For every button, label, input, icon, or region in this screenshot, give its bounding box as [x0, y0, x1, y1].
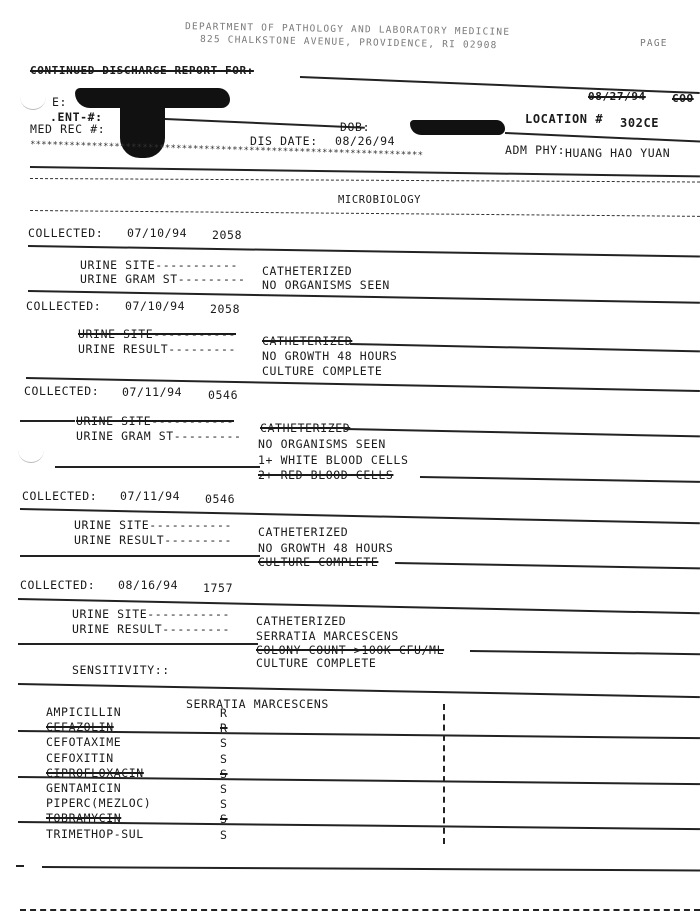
- sensitivity-result: R: [220, 706, 228, 720]
- test-name: URINE RESULT---------: [74, 533, 232, 547]
- test-value: CATHETERIZED: [260, 421, 350, 435]
- column-divider: [443, 704, 447, 844]
- test-name: URINE RESULT---------: [72, 622, 230, 636]
- test-value: CULTURE COMPLETE: [258, 555, 378, 569]
- test-value: COLONY COUNT >100K CFU/ML: [256, 643, 444, 657]
- test-name: URINE SITE-----------: [78, 327, 236, 341]
- test-value: CULTURE COMPLETE: [256, 656, 376, 670]
- sensitivity-result: S: [220, 782, 228, 796]
- collected-time: 2058: [210, 302, 240, 316]
- location-value: 302CE: [620, 116, 659, 130]
- drug-name: PIPERC(MEZLOC): [46, 796, 151, 810]
- test-value: CATHETERIZED: [258, 525, 348, 539]
- collected-date: 07/10/94: [125, 299, 185, 313]
- test-value: CATHETERIZED: [256, 614, 346, 628]
- dis-date-value: 08/26/94: [335, 134, 395, 148]
- collected-label: COLLECTED:: [24, 384, 99, 398]
- test-name: URINE GRAM ST---------: [76, 429, 242, 443]
- test-name: URINE RESULT---------: [78, 342, 236, 356]
- drug-name: CEFOXITIN: [46, 751, 114, 765]
- collected-date: 07/10/94: [127, 226, 187, 240]
- test-value: 2+ RED BLOOD CELLS: [258, 468, 393, 482]
- collected-date: 07/11/94: [122, 385, 182, 399]
- test-value: CATHETERIZED: [262, 264, 352, 278]
- sensitivity-result: S: [220, 752, 228, 766]
- collected-time: 0546: [205, 492, 235, 506]
- collected-time: 0546: [208, 388, 238, 402]
- location-label: LOCATION #: [525, 112, 603, 126]
- sensitivity-label: SENSITIVITY::: [72, 663, 170, 677]
- test-name: URINE SITE-----------: [80, 258, 238, 272]
- report-suffix: COO: [672, 92, 694, 105]
- test-value: NO ORGANISMS SEEN: [262, 278, 390, 292]
- test-value: CULTURE COMPLETE: [262, 364, 382, 378]
- adm-phy-value: HUANG HAO YUAN: [565, 146, 670, 160]
- test-value: NO GROWTH 48 HOURS: [262, 349, 397, 363]
- collected-label: COLLECTED:: [22, 489, 97, 503]
- sensitivity-result: S: [220, 797, 228, 811]
- sensitivity-result: S: [220, 736, 228, 750]
- collected-label: COLLECTED:: [20, 578, 95, 592]
- drug-name: CEFOTAXIME: [46, 735, 121, 749]
- collected-date: 07/11/94: [120, 489, 180, 503]
- collected-time: 1757: [203, 581, 233, 595]
- test-value: NO GROWTH 48 HOURS: [258, 541, 393, 555]
- collected-date: 08/16/94: [118, 578, 178, 592]
- adm-phy-label: ADM PHY:: [505, 143, 565, 157]
- punch-hole: [18, 448, 44, 463]
- test-name: URINE SITE-----------: [74, 518, 232, 532]
- section-title: MICROBIOLOGY: [338, 194, 421, 206]
- drug-name: GENTAMICIN: [46, 781, 121, 795]
- test-name: URINE GRAM ST---------: [80, 272, 246, 286]
- collected-label: COLLECTED:: [26, 299, 101, 313]
- test-value: NO ORGANISMS SEEN: [258, 437, 386, 451]
- sensitivity-result: S: [220, 828, 228, 842]
- test-value: 1+ WHITE BLOOD CELLS: [258, 453, 408, 467]
- drug-name: AMPICILLIN: [46, 705, 121, 719]
- report-date: 08/27/94: [588, 90, 646, 103]
- test-value: SERRATIA MARCESCENS: [256, 629, 399, 643]
- report-title: CONTINUED DISCHARGE REPORT FOR:: [30, 64, 254, 77]
- med-rec-label: MED REC #:: [30, 122, 105, 136]
- punch-hole: [20, 95, 46, 110]
- test-name: URINE SITE-----------: [72, 607, 230, 621]
- organism-header: SERRATIA MARCESCENS: [186, 697, 329, 711]
- collected-time: 2058: [212, 228, 242, 242]
- test-name: URINE SITE-----------: [76, 414, 234, 428]
- redaction-dob: [410, 120, 505, 135]
- collected-label: COLLECTED:: [28, 226, 103, 240]
- dob-label: DOB:: [340, 120, 370, 134]
- page-label: PAGE: [640, 38, 668, 49]
- patient-name-label: E:: [52, 95, 67, 109]
- drug-name: TRIMETHOP-SUL: [46, 827, 144, 841]
- test-value: CATHETERIZED: [262, 334, 352, 348]
